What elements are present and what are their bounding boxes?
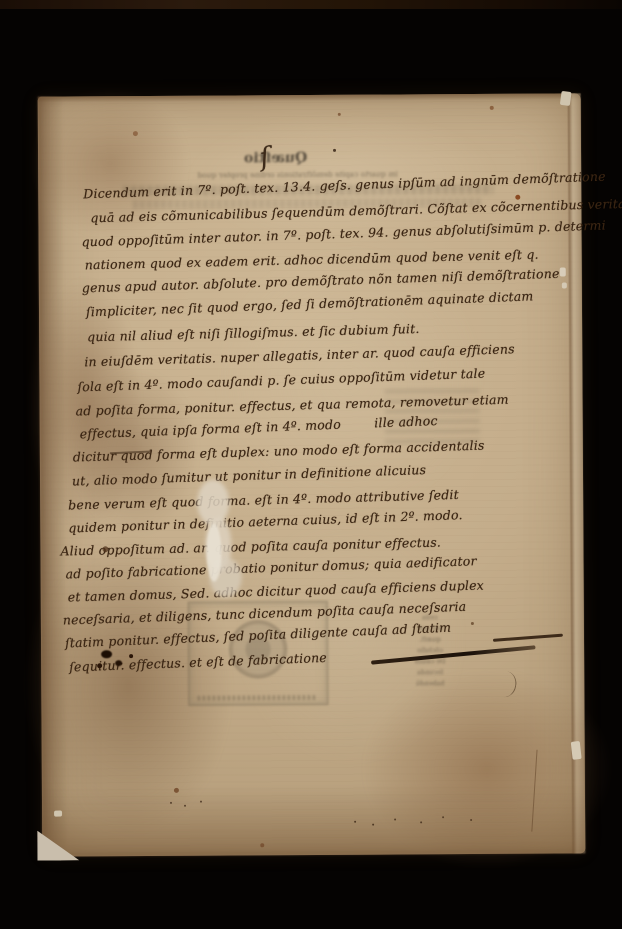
paper-chip (571, 741, 582, 760)
foxing-spot (490, 106, 494, 110)
paper-chip (54, 811, 62, 817)
foxing-spot (471, 622, 474, 625)
ink-speck (470, 819, 472, 821)
foxing-spot (260, 843, 264, 847)
white-repair-blob-core (206, 524, 221, 582)
photo-top-light-leak (0, 0, 622, 9)
foxing-spot (133, 131, 138, 136)
paper-chip (562, 282, 567, 288)
ink-speck (442, 816, 444, 818)
ink-blotch (101, 650, 112, 658)
ink-speck (354, 821, 356, 823)
manuscript-page: Quæſtio im quarto capite demõſtrationis … (38, 93, 586, 856)
ink-speck (420, 821, 422, 823)
showthrough-column-line: ſecunda (374, 667, 486, 679)
paper-chip (560, 267, 566, 276)
showthrough-column-line: habendū (374, 678, 486, 690)
ornament-caption-band (197, 695, 317, 701)
photo-background: Quæſtio im quarto capite demõſtrationis … (0, 0, 622, 929)
ink-speck (394, 818, 396, 820)
ink-blotch (129, 654, 133, 658)
ink-blotch (97, 663, 102, 668)
ink-speck (200, 801, 202, 803)
ink-blotch (115, 660, 122, 666)
foxing-spot (338, 113, 341, 116)
foxing-spot (102, 546, 108, 552)
foxing-spot (174, 788, 179, 793)
ink-speck (170, 802, 172, 804)
ink-speck (372, 824, 374, 826)
paper-chip (560, 91, 572, 106)
foxing-spot (515, 195, 520, 200)
page-bottom-edge-stain (42, 783, 585, 856)
showthrough-heading: Quæſtio (188, 150, 363, 167)
ink-speck (184, 805, 186, 807)
ink-dot (333, 149, 336, 152)
